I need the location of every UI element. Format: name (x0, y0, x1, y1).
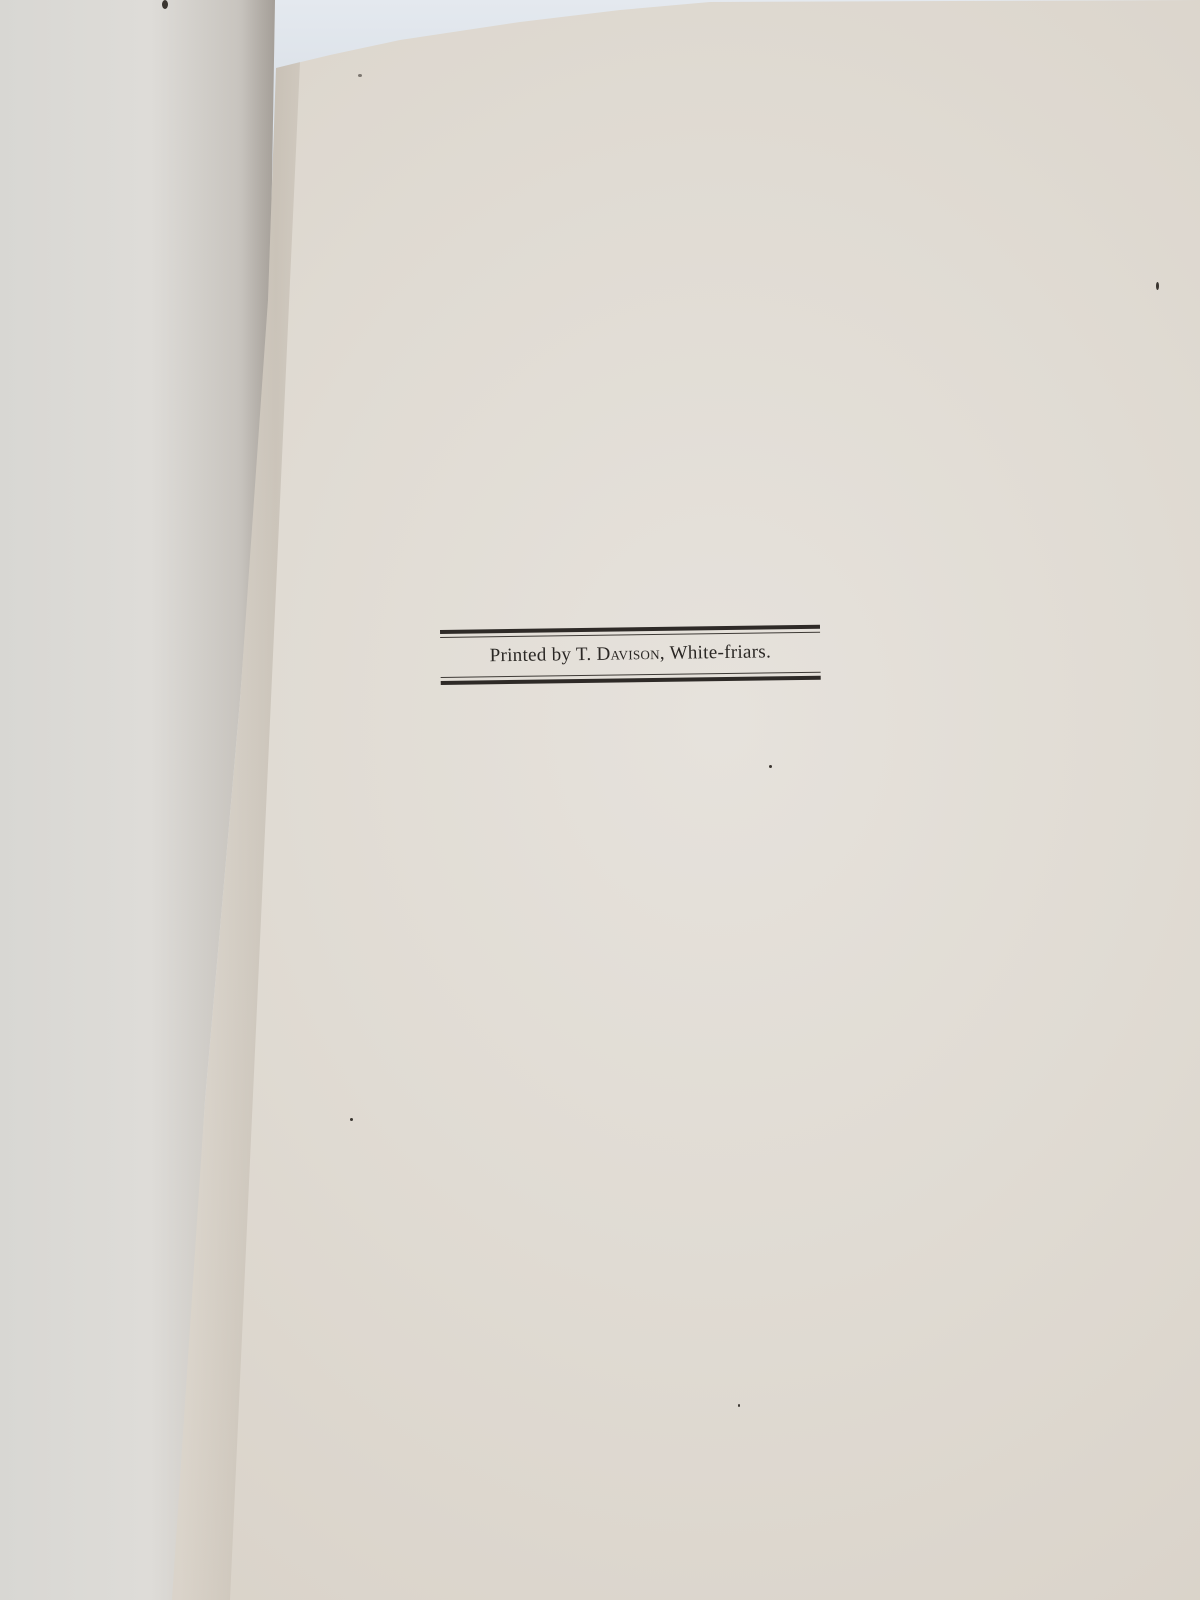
ink-speck (738, 1404, 740, 1407)
imprint-prefix: Printed by T. (489, 644, 596, 666)
imprint-text: Printed by T. Davison, White-friars. (440, 633, 821, 677)
ink-speck (358, 74, 362, 77)
ink-speck (1156, 282, 1159, 290)
ink-speck (769, 765, 772, 768)
imprint-suffix: , White-friars. (660, 641, 772, 664)
ink-speck (350, 1118, 353, 1121)
printer-imprint: Printed by T. Davison, White-friars. (440, 625, 821, 685)
ink-speck (162, 0, 168, 9)
book-photo: Printed by T. Davison, White-friars. (0, 0, 1200, 1600)
imprint-printer-name: Davison (596, 643, 660, 665)
